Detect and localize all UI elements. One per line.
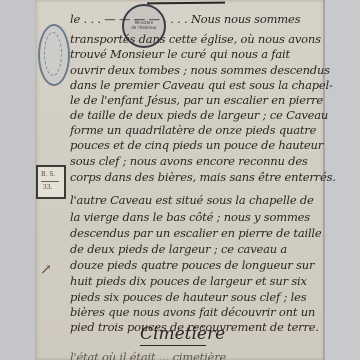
text-line-3: trouvé Monsieur le curé qui nous a fait bbox=[70, 47, 290, 61]
heading-underline bbox=[140, 345, 206, 346]
text-line-14: descendus par un escalier en pierre de t… bbox=[70, 226, 322, 240]
text-line-8: forme un quadrilatère de onze pieds quat… bbox=[70, 123, 316, 137]
text-line-16: douze pieds quatre pouces de longueur su… bbox=[70, 258, 314, 272]
text-line-13: la vierge dans le bas côté ; nous y somm… bbox=[70, 210, 310, 224]
text-line-12: l'autre Caveau est situé sous la chapell… bbox=[70, 193, 314, 207]
shelf-mark-line-1: B. S. bbox=[41, 171, 55, 178]
text-line-2: transportés dans cette église, où nous a… bbox=[70, 32, 321, 46]
text-line-18: pieds six pouces de hauteur sous clef ; … bbox=[70, 290, 306, 304]
text-line-19: bières que nous avons fait découvrir ont… bbox=[70, 305, 315, 319]
margin-mark: ↗ bbox=[40, 262, 52, 278]
shelf-mark-line-2: 33. bbox=[43, 184, 53, 191]
background-left bbox=[0, 0, 36, 360]
text-line-11: corps dans des bières, mais sans être en… bbox=[70, 170, 336, 184]
shelf-mark-label: B. S. 33. bbox=[36, 165, 66, 199]
text-line-6: le de l'enfant Jésus, par un escalier en… bbox=[70, 93, 323, 107]
text-line-10: sous clef ; nous avons encore reconnu de… bbox=[70, 154, 308, 168]
text-line-1: le . . . — — — — . . . . Nous nous somme… bbox=[70, 12, 300, 26]
oval-library-stamp-icon bbox=[38, 24, 70, 86]
text-line-5: dans le premier Caveau qui est sous la c… bbox=[70, 78, 333, 92]
text-line-9: pouces et de cinq pieds un pouce de haut… bbox=[70, 138, 323, 152]
text-line-7: de taille de deux pieds de largeur ; ce … bbox=[70, 108, 328, 122]
text-line-15: de deux pieds de largeur ; ce caveau a bbox=[70, 242, 287, 256]
section-heading: Cimetière bbox=[140, 324, 225, 344]
text-line-4: ouvrir deux tombes ; nous sommes descend… bbox=[70, 63, 330, 77]
text-line-partial: l'état où il était ... cimetière bbox=[70, 350, 226, 360]
text-line-17: huit pieds dix pouces de largeur et sur … bbox=[70, 274, 307, 288]
